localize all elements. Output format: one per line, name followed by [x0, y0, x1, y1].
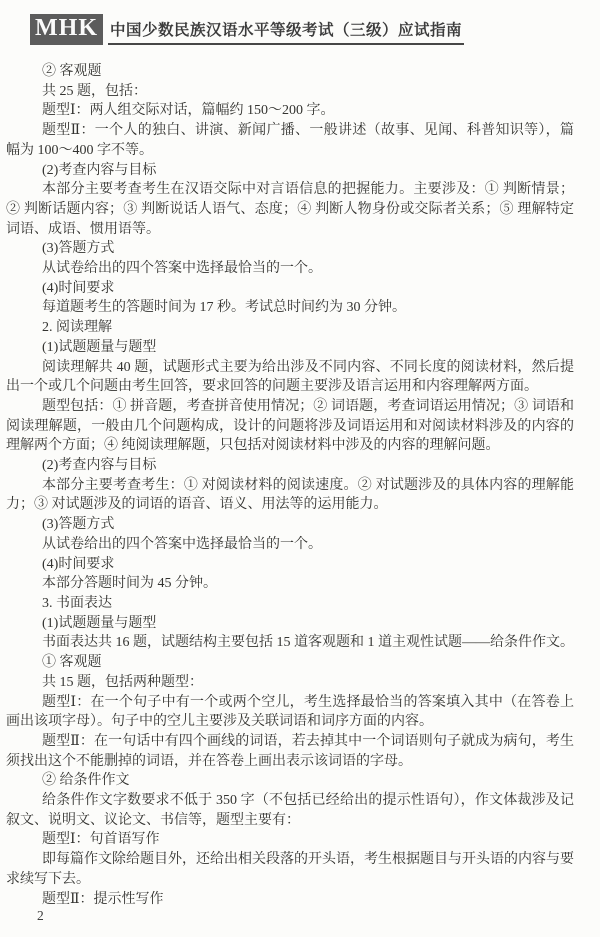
paragraph: ② 客观题: [6, 62, 574, 82]
paragraph: 题型Ⅰ：两人组交际对话，篇幅约 150～200 字。: [6, 101, 574, 121]
paragraph: 书面表达共 16 题，试题结构主要包括 15 道客观题和 1 道主观性试题——给…: [6, 633, 574, 653]
mhk-logo: MHK: [30, 14, 103, 45]
paragraph: 共 25 题，包括：: [6, 82, 574, 102]
paragraph: 本部分主要考查考生在汉语交际中对言语信息的把握能力。主要涉及：① 判断情景；② …: [6, 180, 574, 239]
page-header: MHK 中国少数民族汉语水平等级考试（三级）应试指南: [30, 14, 572, 45]
paragraph: 共 15 题，包括两种题型：: [6, 673, 574, 693]
page-number: 2: [37, 908, 44, 923]
paragraph: 题型Ⅱ：一个人的独白、讲演、新闻广播、一般讲述（故事、见闻、科普知识等），篇幅为…: [6, 121, 574, 160]
paragraph: 题型包括：① 拼音题，考查拼音使用情况；② 词语题，考查词语运用情况；③ 词语和…: [6, 397, 574, 456]
paragraph: 给条件作文字数要求不低于 350 字（不包括已经给出的提示性语句），作文体裁涉及…: [6, 791, 574, 830]
paragraph: 每道题考生的答题时间为 17 秒。考试总时间约为 30 分钟。: [6, 298, 574, 318]
paragraph: (4)时间要求: [6, 279, 574, 299]
paragraph: 从试卷给出的四个答案中选择最恰当的一个。: [6, 259, 574, 279]
paragraph: (2)考查内容与目标: [6, 161, 574, 181]
paragraph: 题型Ⅱ：提示性写作: [6, 890, 574, 910]
paragraph: 即每篇作文除给题目外，还给出相关段落的开头语，考生根据题目与开头语的内容与要求续…: [6, 850, 574, 889]
paragraph: 阅读理解共 40 题，试题形式主要为给出涉及不同内容、不同长度的阅读材料，然后提…: [6, 358, 574, 397]
paragraph: 题型Ⅱ：在一句话中有四个画线的词语，若去掉其中一个词语则句子就成为病句，考生须找…: [6, 732, 574, 771]
paragraph: (3)答题方式: [6, 239, 574, 259]
paragraph: ① 客观题: [6, 653, 574, 673]
page-body: ② 客观题共 25 题，包括：题型Ⅰ：两人组交际对话，篇幅约 150～200 字…: [6, 62, 574, 909]
paragraph: 本部分主要考查考生：① 对阅读材料的阅读速度。② 对试题涉及的具体内容的理解能力…: [6, 476, 574, 515]
paragraph: 本部分答题时间为 45 分钟。: [6, 574, 574, 594]
paragraph: 2. 阅读理解: [6, 318, 574, 338]
paragraph: (3)答题方式: [6, 515, 574, 535]
paragraph: ② 给条件作文: [6, 771, 574, 791]
page-footer: 2: [37, 908, 44, 924]
header-title: 中国少数民族汉语水平等级考试（三级）应试指南: [108, 14, 464, 45]
paragraph: (1)试题题量与题型: [6, 338, 574, 358]
paragraph: 3. 书面表达: [6, 594, 574, 614]
paragraph: 题型Ⅰ：在一个句子中有一个或两个空儿，考生选择最恰当的答案填入其中（在答卷上画出…: [6, 693, 574, 732]
paragraph: (1)试题题量与题型: [6, 614, 574, 634]
paragraph: (4)时间要求: [6, 555, 574, 575]
paragraph: 从试卷给出的四个答案中选择最恰当的一个。: [6, 535, 574, 555]
paragraph: (2)考查内容与目标: [6, 456, 574, 476]
paragraph: 题型Ⅰ：句首语写作: [6, 830, 574, 850]
book-page: MHK 中国少数民族汉语水平等级考试（三级）应试指南 ② 客观题共 25 题，包…: [0, 0, 600, 937]
